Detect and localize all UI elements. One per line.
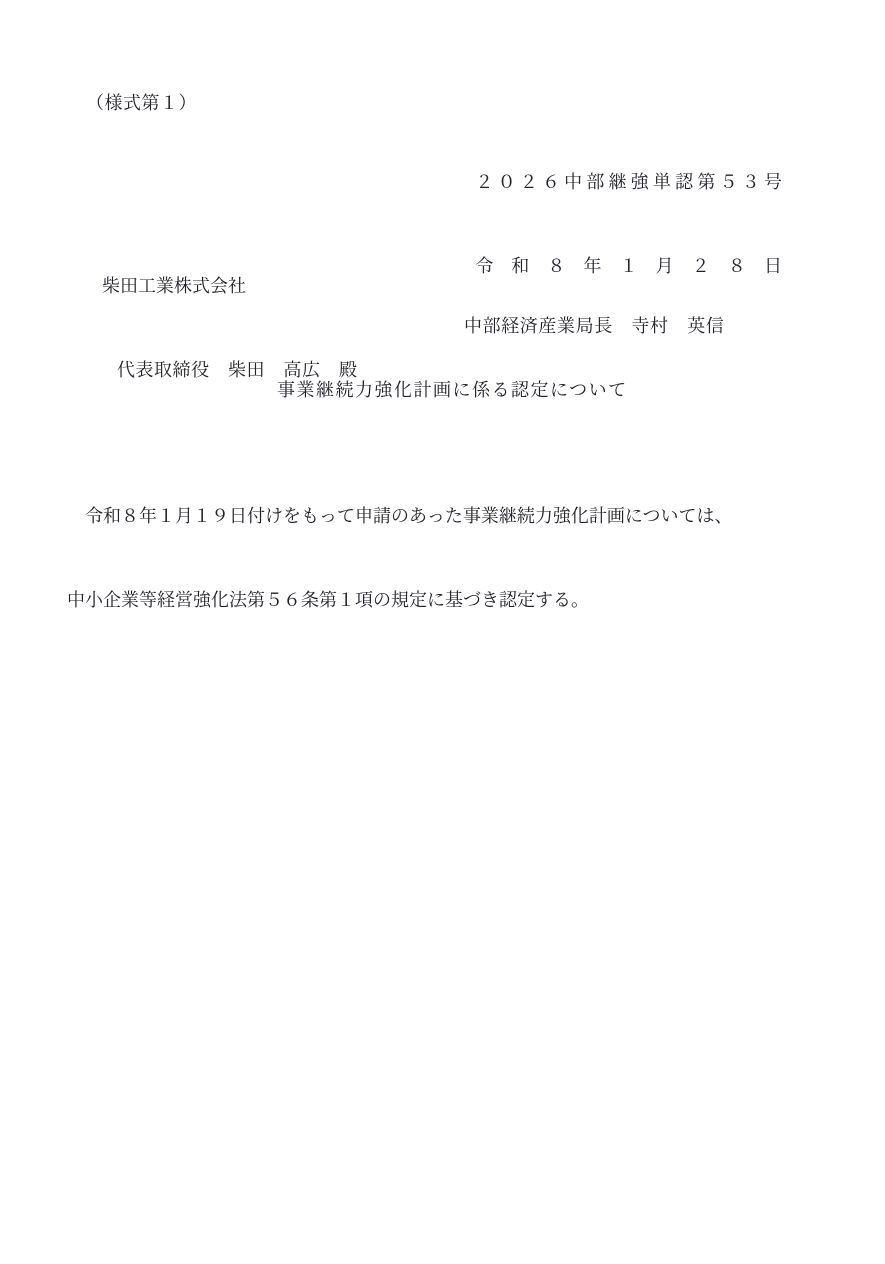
document-title: 事業継続力強化計画に係る認定について (277, 376, 628, 402)
document-page: （様式第１） ２０２６中部継強単認第５３号 令和８年１月２８日 柴田工業株式会社… (0, 0, 885, 1264)
body-line-2: 中小企業等経営強化法第５６条第１項の規定に基づき認定する。 (67, 586, 767, 614)
doc-number: ２０２６中部継強単認第５３号 (475, 168, 786, 196)
form-label: （様式第１） (86, 89, 197, 115)
doc-meta-block: ２０２６中部継強単認第５３号 令和８年１月２８日 (475, 112, 782, 336)
recipient-company: 柴田工業株式会社 (102, 272, 358, 300)
body-line-1: 令和８年１月１９日付けをもって申請のあった事業継続力強化計画については、 (67, 502, 767, 530)
sender-name: 中部経済産業局長 寺村 英信 (464, 312, 724, 338)
body-paragraph: 令和８年１月１９日付けをもって申請のあった事業継続力強化計画については、 中小企… (67, 446, 767, 670)
doc-date: 令和８年１月２８日 (475, 252, 800, 280)
recipient-block: 柴田工業株式会社 代表取締役 柴田 高広 殿 (102, 216, 358, 440)
